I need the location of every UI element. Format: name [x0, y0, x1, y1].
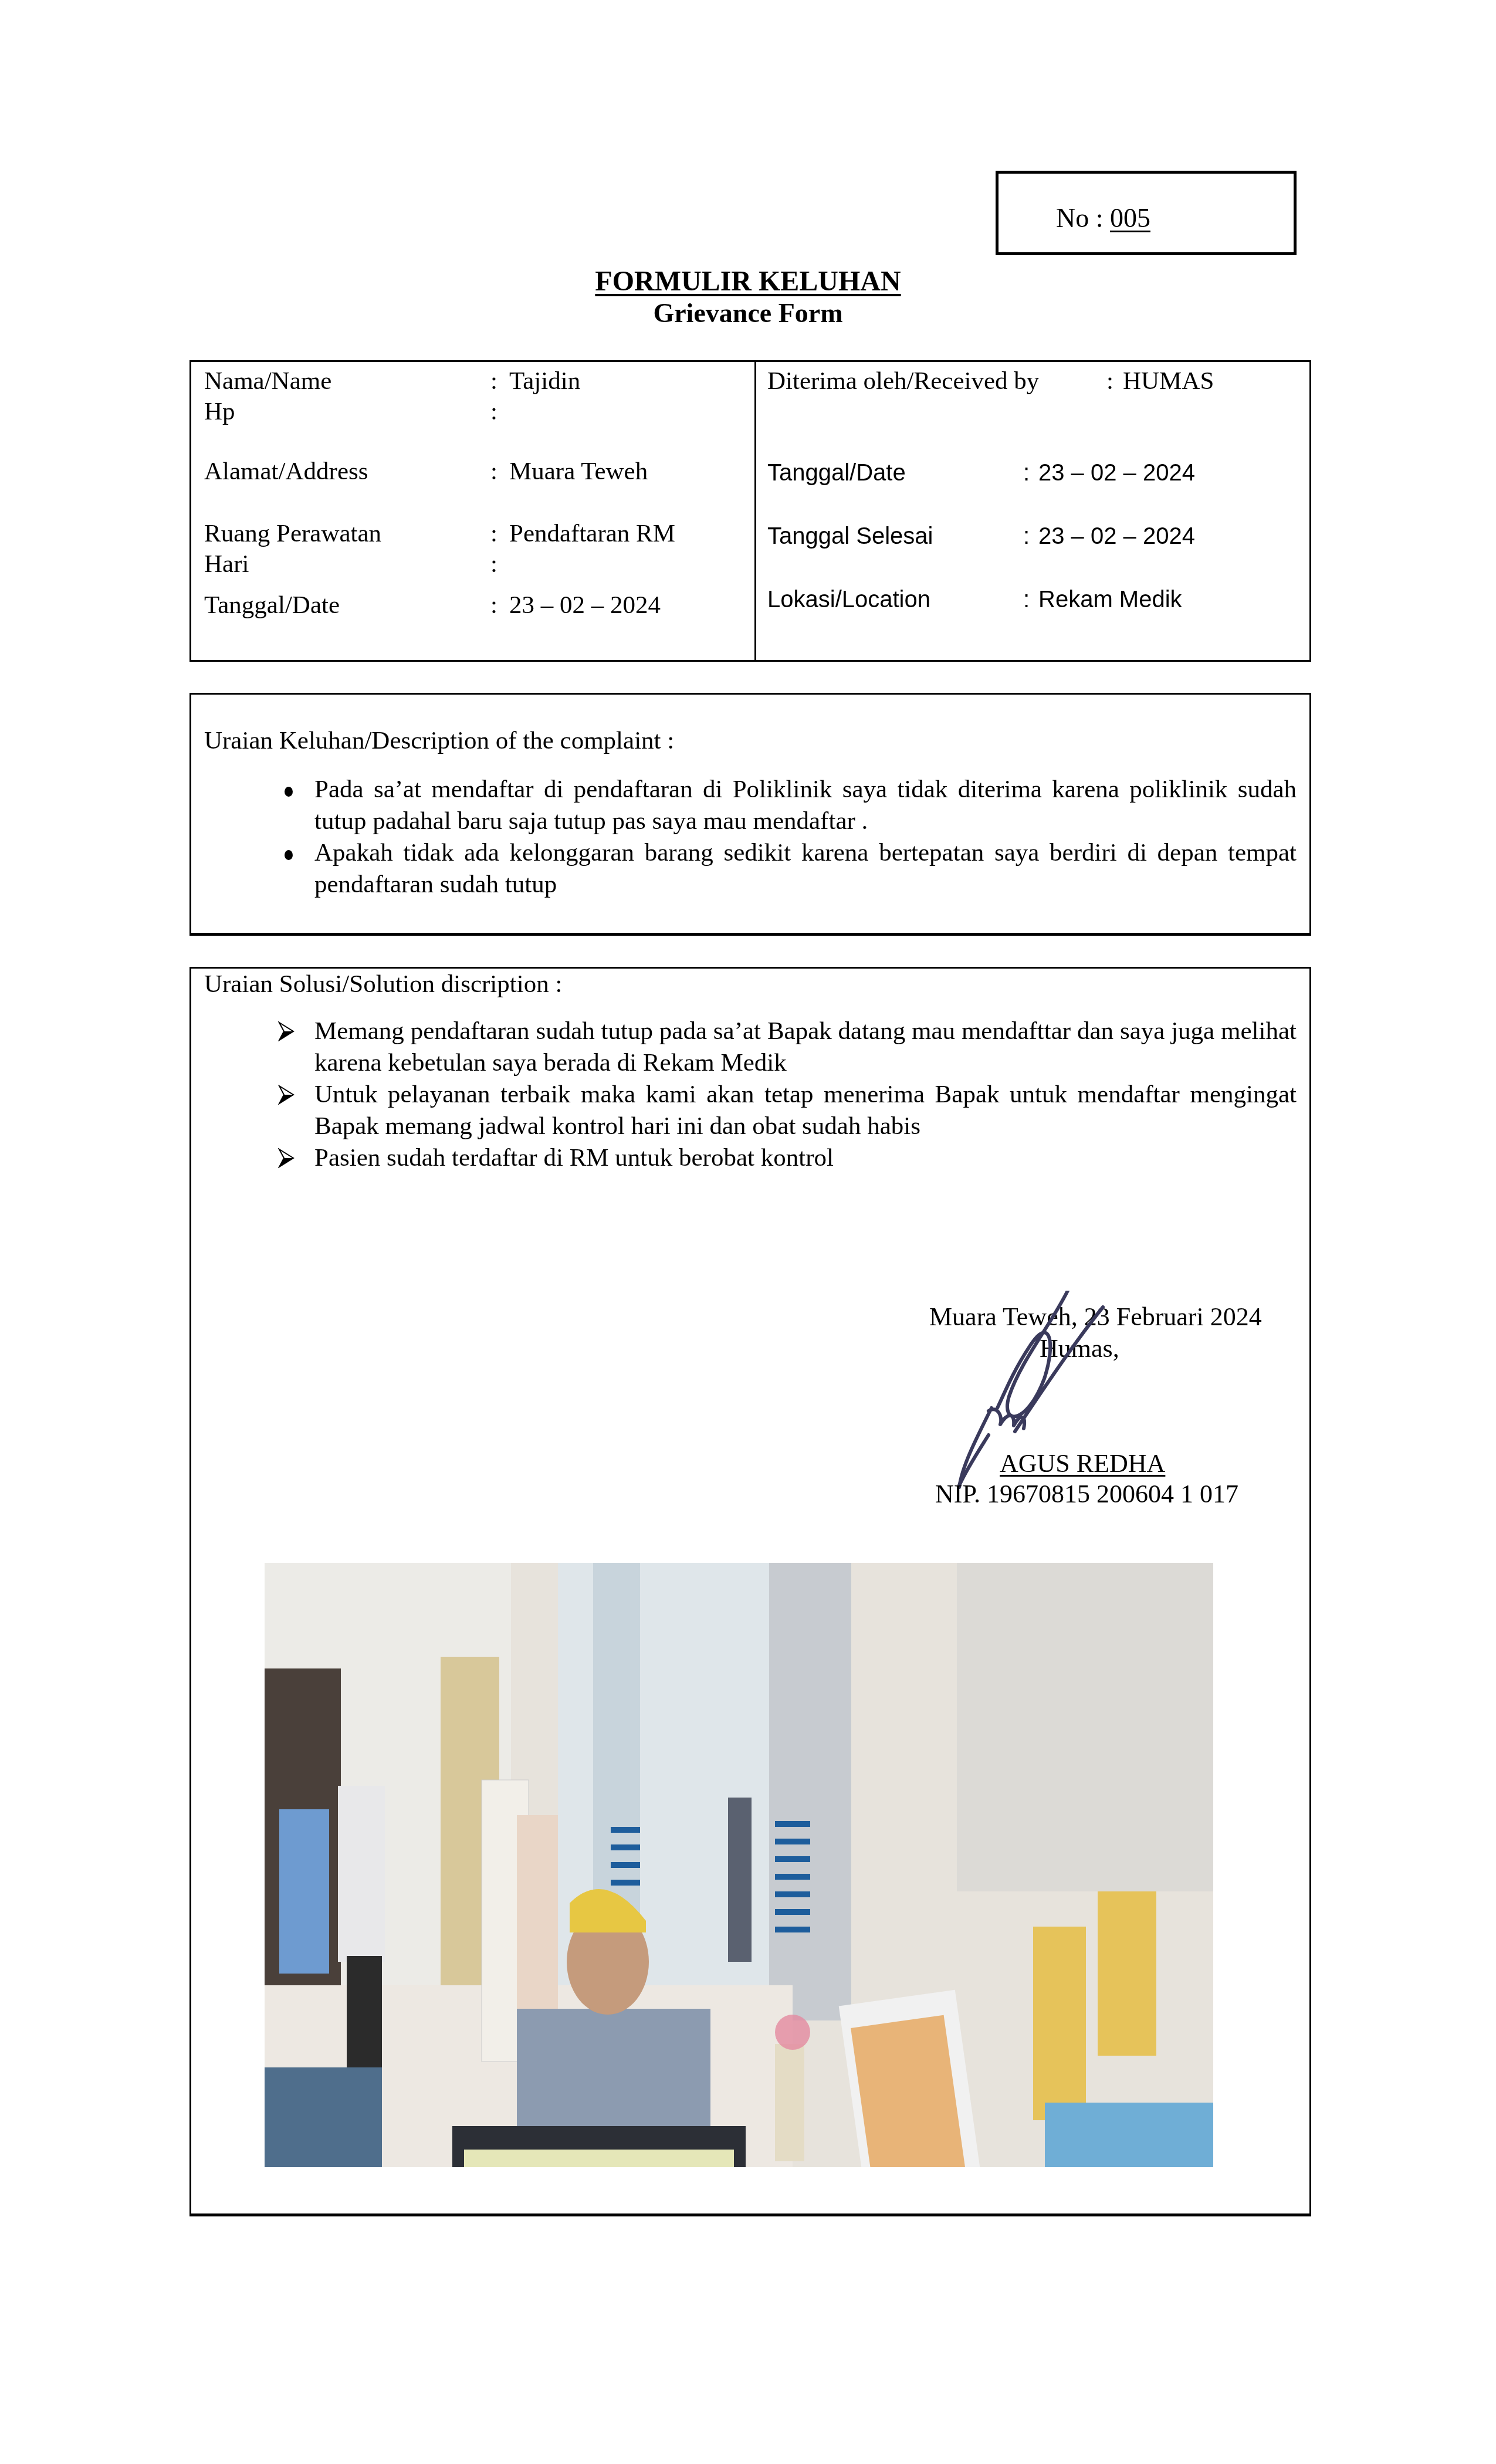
field-value: 23 – 02 – 2024 — [509, 591, 661, 620]
list-item: Untuk pelayanan terbaik maka kami akan t… — [278, 1079, 1297, 1142]
field-label: Tanggal/Date — [767, 458, 906, 488]
field-value: Pendaftaran RM — [509, 519, 675, 549]
solution-heading: Uraian Solusi/Solution discription : — [204, 970, 562, 999]
field-value: Rekam Medik — [1038, 585, 1182, 614]
solution-list: Memang pendaftaran sudah tutup pada sa’a… — [278, 1016, 1297, 1174]
list-item: Memang pendaftaran sudah tutup pada sa’a… — [278, 1016, 1297, 1079]
field-label: Hari — [204, 550, 249, 579]
complaint-section: Uraian Keluhan/Description of the compla… — [189, 693, 1311, 936]
signatory-name: AGUS REDHA — [1000, 1449, 1165, 1478]
document-number-box: No : 005 — [996, 171, 1297, 255]
field-label: Alamat/Address — [204, 457, 368, 486]
counter-photo — [265, 1563, 1213, 2167]
form-title: FORMULIR KELUHAN — [0, 265, 1496, 298]
form-title-block: FORMULIR KELUHAN Grievance Form — [0, 265, 1496, 330]
signatory-nip: NIP. 19670815 200604 1 017 — [935, 1480, 1238, 1509]
list-item: Pasien sudah terdaftar di RM untuk berob… — [278, 1142, 1297, 1174]
field-label: Diterima oleh/Received by — [767, 367, 1039, 396]
field-value: Muara Teweh — [509, 457, 648, 486]
field-value: Tajidin — [509, 367, 580, 396]
document-number: No : 005 — [1056, 205, 1150, 232]
complaint-heading: Uraian Keluhan/Description of the compla… — [204, 726, 674, 756]
field-value: HUMAS — [1123, 367, 1214, 396]
field-value: 23 – 02 – 2024 — [1038, 458, 1195, 488]
table-divider — [754, 362, 756, 660]
field-value: 23 – 02 – 2024 — [1038, 522, 1195, 551]
document-number-value: 005 — [1110, 203, 1150, 233]
field-label: Tanggal/Date — [204, 591, 340, 620]
complaint-list: Pada sa’at mendaftar di pendaftaran di P… — [278, 774, 1297, 901]
field-label: Lokasi/Location — [767, 585, 930, 614]
field-label: Ruang Perawatan — [204, 519, 381, 549]
arrow-bullet-icon — [278, 1079, 302, 1105]
photo-icon — [265, 1563, 1213, 2167]
list-item: Apakah tidak ada kelonggaran barang sedi… — [278, 837, 1297, 901]
form-subtitle: Grievance Form — [0, 297, 1496, 330]
signature-block: Muara Teweh, 23 Februari 2024 Humas, AGU… — [903, 1291, 1314, 1537]
list-item: Pada sa’at mendaftar di pendaftaran di P… — [278, 774, 1297, 837]
field-label: Nama/Name — [204, 367, 331, 396]
arrow-bullet-icon — [278, 1016, 302, 1041]
field-label: Tanggal Selesai — [767, 522, 933, 551]
field-label: Hp — [204, 397, 235, 427]
info-table: Nama/Name : Tajidin Hp : Alamat/Address … — [189, 360, 1311, 662]
arrow-bullet-icon — [278, 1142, 302, 1168]
document-number-label: No : — [1056, 203, 1104, 233]
